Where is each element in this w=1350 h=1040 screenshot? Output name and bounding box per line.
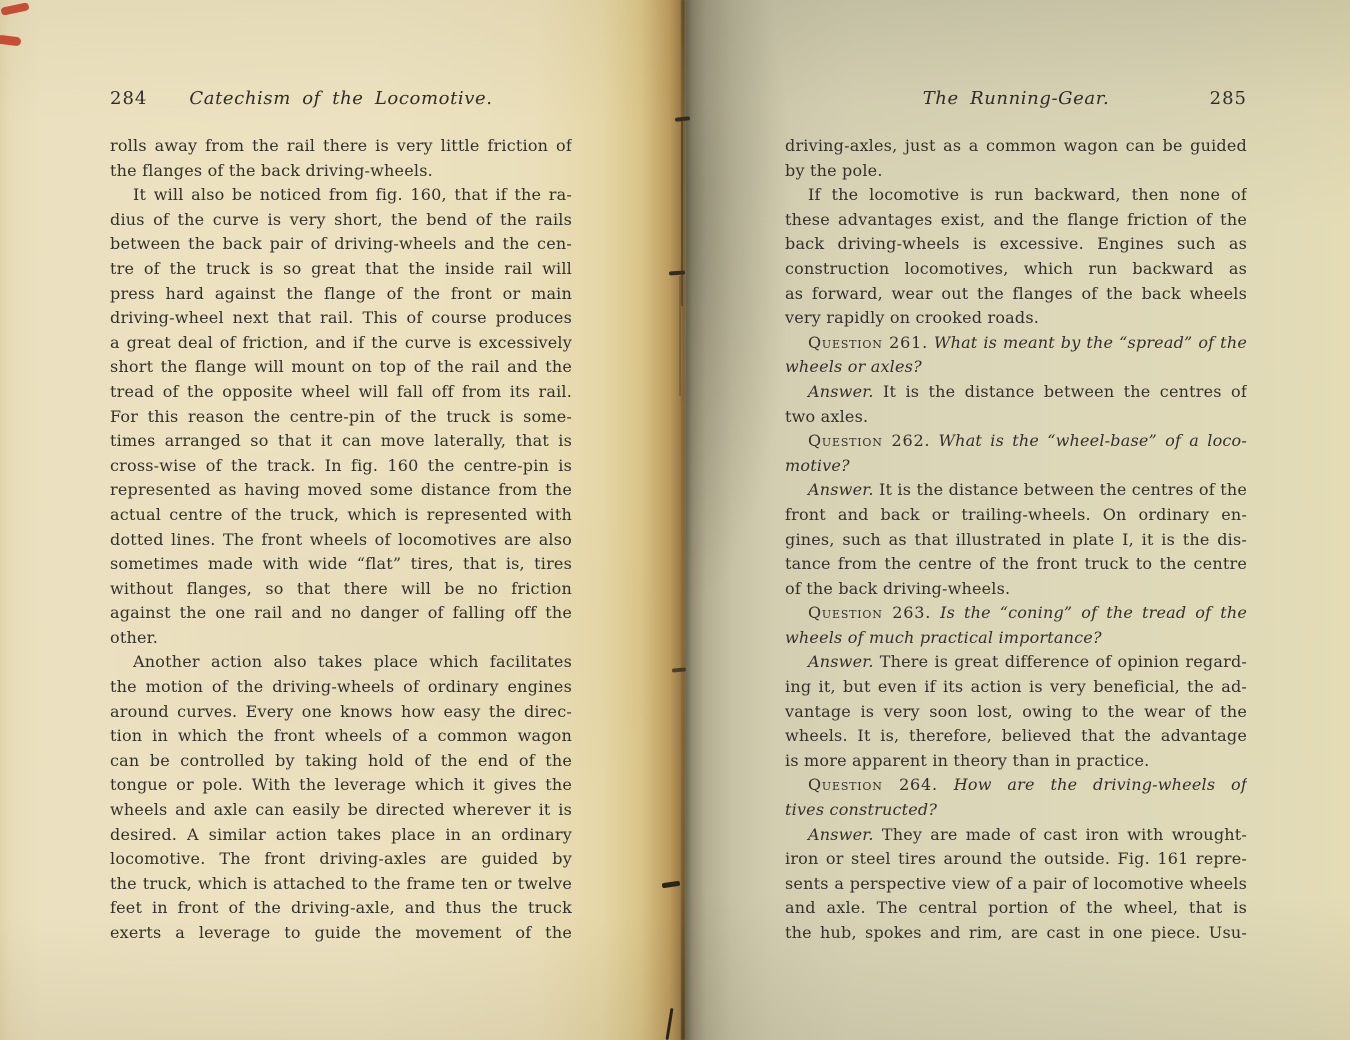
question-label: Question 264. — [808, 775, 938, 794]
italic-text: Is the “coning” of the tread of the — [931, 603, 1247, 622]
question-label: Question 263. — [808, 603, 931, 622]
text-line: is more apparent in theory than in pract… — [785, 749, 1247, 774]
text-line: around curves. Every one knows how easy … — [110, 700, 572, 725]
text-line: tion in which the front wheels of a comm… — [110, 724, 572, 749]
text-line: other. — [110, 626, 572, 651]
text-line: the flanges of the back driving-wheels. — [110, 159, 572, 184]
italic-text: Answer. — [808, 652, 874, 671]
question-label: Question 261. — [808, 333, 928, 352]
body-text: There is great difference of opinion reg… — [874, 652, 1247, 671]
text-line: sometimes made with wide “flat” tires, t… — [110, 552, 572, 577]
text-line: gines, such as that illustrated in plate… — [785, 528, 1247, 553]
text-line: Another action also takes place which fa… — [110, 650, 572, 675]
running-title-right: The Running-Gear. — [785, 88, 1247, 109]
text-line: a great deal of friction, and if the cur… — [110, 331, 572, 356]
text-line: ing it, but even if its action is very b… — [785, 675, 1247, 700]
text-line: exerts a leverage to guide the movement … — [110, 921, 572, 946]
text-line: of the back driving-wheels. — [785, 577, 1247, 602]
text-line: feet in front of the driving-axle, and t… — [110, 896, 572, 921]
text-line: rolls away from the rail there is very l… — [110, 134, 572, 159]
page-number-right: 285 — [1210, 88, 1247, 109]
text-line: front and back or trailing-wheels. On or… — [785, 503, 1247, 528]
italic-text: tives constructed? — [785, 800, 937, 819]
text-line: tongue or pole. With the leverage which … — [110, 773, 572, 798]
text-line: Question 264. How are the driving-wheels… — [785, 773, 1247, 798]
text-line: and axle. The central portion of the whe… — [785, 896, 1247, 921]
text-line: short the flange will mount on top of th… — [110, 355, 572, 380]
question-label: Question 262. — [808, 431, 930, 450]
running-title-left: Catechism of the Locomotive. — [110, 88, 572, 109]
text-line: Answer. It is the distance between the c… — [785, 380, 1247, 405]
text-line: tance from the centre of the front truck… — [785, 552, 1247, 577]
text-line: cross-wise of the track. In fig. 160 the… — [110, 454, 572, 479]
text-line: against the one rail and no danger of fa… — [110, 601, 572, 626]
text-line: between the back pair of driving-wheels … — [110, 232, 572, 257]
text-line: desired. A similar action takes place in… — [110, 823, 572, 848]
italic-text: Answer. — [808, 382, 874, 401]
text-line: It will also be noticed from fig. 160, t… — [110, 183, 572, 208]
body-text: It is the distance between the centres o… — [874, 480, 1247, 499]
text-line: Question 263. Is the “coning” of the tre… — [785, 601, 1247, 626]
text-line: as forward, wear out the flanges of the … — [785, 282, 1247, 307]
text-line: locomotive. The front driving-axles are … — [110, 847, 572, 872]
text-line: motive? — [785, 454, 1247, 479]
text-line: wheels and axle can easily be directed w… — [110, 798, 572, 823]
text-line: wheels. It is, therefore, believed that … — [785, 724, 1247, 749]
text-line: the truck, which is attached to the fram… — [110, 872, 572, 897]
text-line: vantage is very soon lost, owing to the … — [785, 700, 1247, 725]
italic-text: Answer. — [808, 480, 874, 499]
text-line: these advantages exist, and the flange f… — [785, 208, 1247, 233]
text-line: dius of the curve is very short, the ben… — [110, 208, 572, 233]
book-spread-scan: 284 Catechism of the Locomotive. The Run… — [0, 0, 1350, 1040]
text-line: represented as having moved some distanc… — [110, 478, 572, 503]
text-line: sents a perspective view of a pair of lo… — [785, 872, 1247, 897]
italic-text: wheels of much practical importance? — [785, 628, 1102, 647]
text-line: Answer. It is the distance between the c… — [785, 478, 1247, 503]
text-line: two axles. — [785, 405, 1247, 430]
left-page-lines: rolls away from the rail there is very l… — [110, 134, 572, 946]
text-line: driving-axles, just as a common wagon ca… — [785, 134, 1247, 159]
text-line: times arranged so that it can move later… — [110, 429, 572, 454]
text-line: Answer. There is great difference of opi… — [785, 650, 1247, 675]
text-line: press hard against the flange of the fro… — [110, 282, 572, 307]
text-line: Answer. They are made of cast iron with … — [785, 823, 1247, 848]
text-line: very rapidly on crooked roads. — [785, 306, 1247, 331]
italic-text: motive? — [785, 456, 850, 475]
text-line: actual centre of the truck, which is rep… — [110, 503, 572, 528]
text-line: tre of the truck is so great that the in… — [110, 257, 572, 282]
text-line: Question 262. What is the “wheel-base” o… — [785, 429, 1247, 454]
left-page-header: 284 Catechism of the Locomotive. — [110, 88, 572, 116]
text-line: wheels or axles? — [785, 355, 1247, 380]
body-text: It is the distance between the centres o… — [874, 382, 1247, 401]
text-line: iron or steel tires around the outside. … — [785, 847, 1247, 872]
text-line: tread of the opposite wheel will fall of… — [110, 380, 572, 405]
text-line: the hub, spokes and rim, are cast in one… — [785, 921, 1247, 946]
text-line: can be controlled by taking hold of the … — [110, 749, 572, 774]
body-text: They are made of cast iron with wrought- — [874, 825, 1247, 844]
text-line: Question 261. What is meant by the “spre… — [785, 331, 1247, 356]
text-line: dotted lines. The front wheels of locomo… — [110, 528, 572, 553]
text-line: construction locomotives, which run back… — [785, 257, 1247, 282]
text-line: If the locomotive is run backward, then … — [785, 183, 1247, 208]
italic-text: What is the “wheel-base” of a loco- — [930, 431, 1247, 450]
text-line: by the pole. — [785, 159, 1247, 184]
text-line: the motion of the driving-wheels of ordi… — [110, 675, 572, 700]
text-line: wheels of much practical importance? — [785, 626, 1247, 651]
italic-text: Answer. — [808, 825, 874, 844]
right-page-header: The Running-Gear. 285 — [785, 88, 1247, 116]
right-page-lines: driving-axles, just as a common wagon ca… — [785, 134, 1247, 946]
text-line: tives constructed? — [785, 798, 1247, 823]
text-line: driving-wheel next that rail. This of co… — [110, 306, 572, 331]
text-line: For this reason the centre-pin of the tr… — [110, 405, 572, 430]
text-line: without flanges, so that there will be n… — [110, 577, 572, 602]
text-line: back driving-wheels is excessive. Engine… — [785, 232, 1247, 257]
italic-text: What is meant by the “spread” of the — [928, 333, 1247, 352]
italic-text: wheels or axles? — [785, 357, 922, 376]
